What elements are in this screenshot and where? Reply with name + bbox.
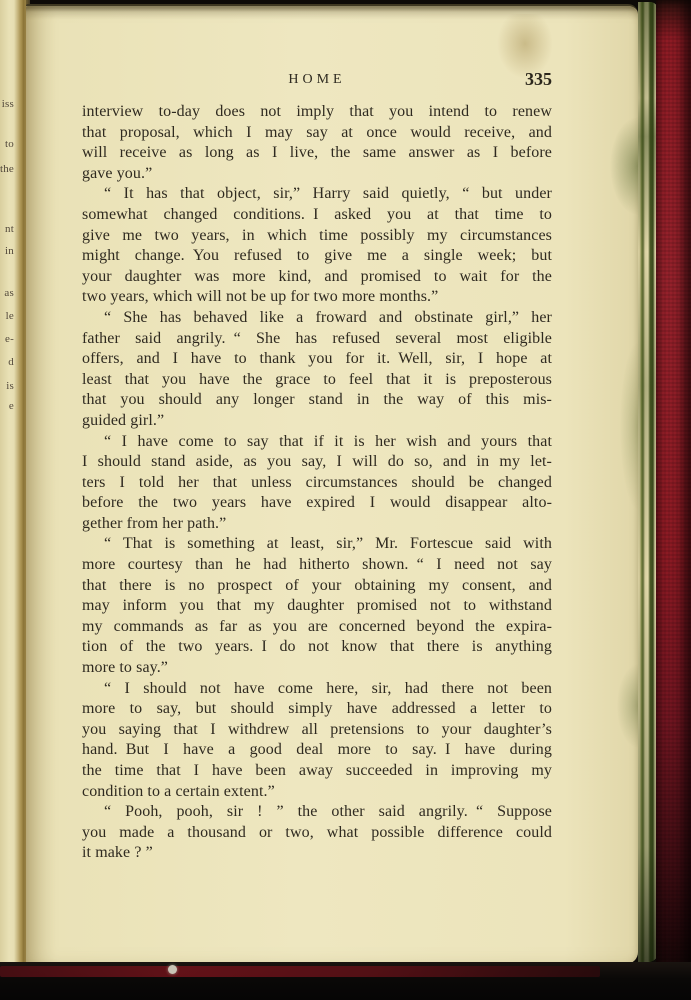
facing-page-text-fragment: e- <box>5 333 14 345</box>
book-page: HOME 335 interview to-day does not imply… <box>26 4 638 964</box>
text-line: “ I should not have come here, sir, had … <box>82 679 552 700</box>
text-line: that you should any longer stand in the … <box>82 390 552 411</box>
page-header: HOME 335 <box>82 72 552 98</box>
facing-page-text-fragment: to <box>5 138 14 150</box>
text-line: ters I told her that unless circumstance… <box>82 473 552 494</box>
text-line: offers, and I have to thank you for it. … <box>82 349 552 370</box>
text-line: might change. You refused to give me a s… <box>82 246 552 267</box>
text-line: “ She has behaved like a froward and obs… <box>82 308 552 329</box>
text-line: more courtesy than he had hitherto shown… <box>82 555 552 576</box>
text-line: my commands as far as you are concerned … <box>82 617 552 638</box>
text-line: least that you have the grace to feel th… <box>82 370 552 391</box>
text-line: two years, which will not be up for two … <box>82 287 552 308</box>
dust-speck <box>168 965 177 974</box>
text-line: give me two years, in which time possibl… <box>82 226 552 247</box>
facing-page-text-fragment: the <box>0 163 14 175</box>
text-line: gave you.” <box>82 164 552 185</box>
text-line: hand. But I have a good deal more to say… <box>82 740 552 761</box>
book-cover-right <box>656 0 691 1000</box>
text-line: interview to-day does not imply that you… <box>82 102 552 123</box>
facing-page-text-fragment: is <box>6 380 14 392</box>
text-line: “ I have come to say that if it is her w… <box>82 432 552 453</box>
facing-page-text-fragment: in <box>5 245 14 257</box>
text-line: more to say.” <box>82 658 552 679</box>
facing-page-text-fragment: iss <box>2 98 14 110</box>
text-line: guided girl.” <box>82 411 552 432</box>
text-line: your daughter was more kind, and promise… <box>82 267 552 288</box>
text-line: “ It has that object, sir,” Harry said q… <box>82 184 552 205</box>
facing-page-text-fragment: le <box>6 310 14 322</box>
text-line: you saying that I withdrew all pretensio… <box>82 720 552 741</box>
page-title: HOME <box>82 72 552 88</box>
cover-bottom-edge <box>0 966 600 977</box>
text-line: more to say, but should simply have addr… <box>82 699 552 720</box>
text-line: “ That is something at least, sir,” Mr. … <box>82 534 552 555</box>
text-line: you made a thousand or two, what possibl… <box>82 823 552 844</box>
text-line: that proposal, which I may say at once w… <box>82 123 552 144</box>
facing-page-text-fragment: as <box>4 287 14 299</box>
text-line: may inform you that my daughter promised… <box>82 596 552 617</box>
text-line: that there is no prospect of your obtain… <box>82 576 552 597</box>
book-photo: isstothentinaslee-dise HOME 335 intervie… <box>0 0 691 1000</box>
text-line: “ Pooh, pooh, sir ! ” the other said ang… <box>82 802 552 823</box>
text-line: condition to a certain extent.” <box>82 782 552 803</box>
text-line: tion of the two years. I do not know tha… <box>82 637 552 658</box>
page-number: 335 <box>525 69 552 90</box>
text-line: the time that I have been away succeeded… <box>82 761 552 782</box>
text-line: will receive as long as I live, the same… <box>82 143 552 164</box>
facing-page-text-fragment: nt <box>5 223 14 235</box>
page-edges <box>638 2 658 962</box>
text-line: before the two years have expired I woul… <box>82 493 552 514</box>
text-line: somewhat changed conditions. I asked you… <box>82 205 552 226</box>
book-bottom-shadow <box>0 962 691 1000</box>
text-line: I should stand aside, as you say, I will… <box>82 452 552 473</box>
text-line: father said angrily. “ She has refused s… <box>82 329 552 350</box>
text-block: interview to-day does not imply that you… <box>82 102 552 864</box>
text-line: gether from her path.” <box>82 514 552 535</box>
text-line: it make ? ” <box>82 843 552 864</box>
